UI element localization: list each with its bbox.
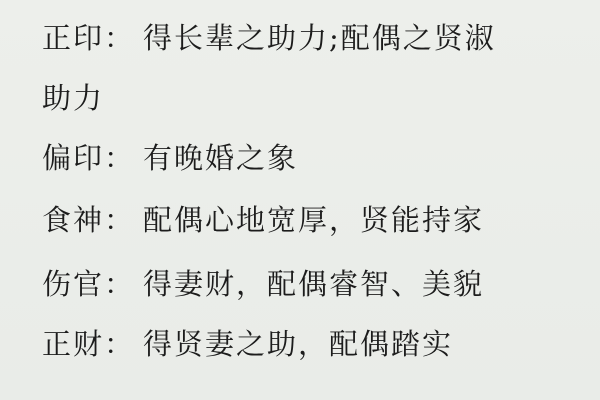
entry-shangguan: 伤官：得妻财，配偶睿智、美貌 <box>42 266 484 302</box>
entry-zhengyin-continuation: 助力 <box>42 80 104 116</box>
entry-text: 得贤妻之助，配偶踏实 <box>143 327 453 361</box>
entry-term: 伤官 <box>42 267 104 301</box>
entry-shishen: 食神：配偶心地宽厚，贤能持家 <box>42 202 484 238</box>
entry-text: 配偶心地宽厚，贤能持家 <box>143 203 484 237</box>
document-page: 正印：得长辈之助力;配偶之贤淑 助力 偏印：有晚婚之象 食神：配偶心地宽厚，贤能… <box>0 0 600 400</box>
entry-separator: ： <box>104 203 135 237</box>
entry-zhengyin: 正印：得长辈之助力;配偶之贤淑 <box>42 20 496 56</box>
entry-term: 偏印 <box>42 141 104 175</box>
entry-separator: ： <box>104 21 135 55</box>
entry-pianyin: 偏印：有晚婚之象 <box>42 140 298 176</box>
entry-separator: ： <box>104 141 135 175</box>
entry-term: 正印 <box>42 21 104 55</box>
entry-zhengcai: 正财：得贤妻之助，配偶踏实 <box>42 326 453 362</box>
entry-text: 得妻财，配偶睿智、美貌 <box>143 267 484 301</box>
entry-separator: ： <box>104 327 135 361</box>
entry-term: 食神 <box>42 203 104 237</box>
entry-text: 得长辈之助力;配偶之贤淑 <box>143 21 496 55</box>
entry-term: 正财 <box>42 327 104 361</box>
entry-separator: ： <box>104 267 135 301</box>
entry-text-continuation: 助力 <box>42 81 104 115</box>
entry-text: 有晚婚之象 <box>143 141 298 175</box>
